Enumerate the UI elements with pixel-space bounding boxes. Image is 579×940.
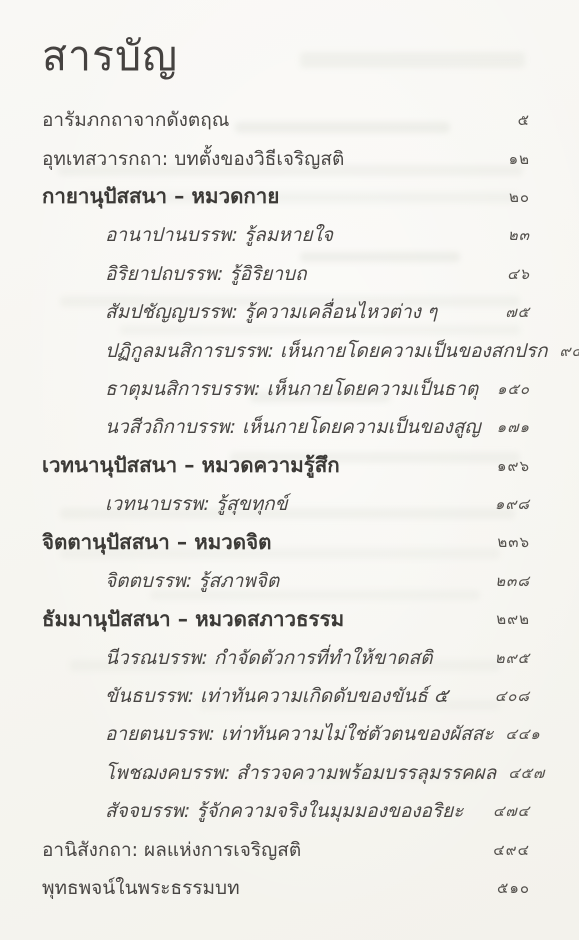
- toc-entry-page-number: ๔๗๔: [481, 799, 530, 823]
- toc-entry-label: อายตนบรรพ: เท่าทันความไม่ใช่ตัวตนของผัสส…: [42, 719, 494, 749]
- toc-entry: โพชฌงคบรรพ: สำรวจความพร้อมบรรลุมรรคผล ๔๕…: [42, 754, 530, 792]
- toc-entry-label: กายานุปัสสนา – หมวดกาย: [42, 180, 279, 213]
- toc-entry-label: โพชฌงคบรรพ: สำรวจความพร้อมบรรลุมรรคผล: [42, 758, 496, 788]
- toc-entry: เวทนานุปัสสนา – หมวดความรู้สึก ๑๙๖: [42, 447, 530, 485]
- toc-entry-label: อานิสังกถา: ผลแห่งการเจริญสติ: [42, 835, 301, 865]
- toc-entry-page-number: ๑๒: [497, 147, 530, 171]
- toc-entry-label: เวทนานุปัสสนา – หมวดความรู้สึก: [42, 449, 340, 482]
- toc-entry: อุทเทสวารกถา: บทตั้งของวิธีเจริญสติ ๑๒: [42, 139, 530, 177]
- toc-entry-page-number: ๔๔๑: [494, 722, 541, 746]
- toc-entry: ธาตุมนสิการบรรพ: เห็นกายโดยความเป็นธาตุ …: [42, 370, 530, 408]
- toc-entry: ขันธบรรพ: เท่าทันความเกิดดับของขันธ์ ๕ ๔…: [42, 677, 530, 715]
- toc-entry-label: อิริยาปถบรรพ: รู้อิริยาบถ: [42, 259, 307, 289]
- toc-entry-page-number: ๕: [506, 108, 530, 132]
- toc-entry: อานิสังกถา: ผลแห่งการเจริญสติ ๔๙๔: [42, 830, 530, 868]
- toc-entry: กายานุปัสสนา – หมวดกาย ๒๐: [42, 178, 530, 216]
- toc-entry-page-number: ๙๔: [548, 339, 579, 363]
- toc-entry-label: จิตตบรรพ: รู้สภาพจิต: [42, 566, 279, 596]
- toc-entry-page-number: ๒๓: [496, 223, 530, 247]
- toc-entry-page-number: ๗๕: [493, 300, 530, 324]
- toc-entry-page-number: ๑๗๑: [485, 415, 530, 439]
- toc-entry: ปฏิกูลมนสิการบรรพ: เห็นกายโดยความเป็นของ…: [42, 331, 530, 369]
- toc-entry-label: นวสีวถิกาบรรพ: เห็นกายโดยความเป็นของสูญ: [42, 412, 481, 442]
- toc-entry-label: อานาปานบรรพ: รู้ลมหายใจ: [42, 220, 333, 250]
- toc-entry-page-number: ๕๑๐: [485, 876, 530, 900]
- toc-entry-page-number: ๔๕๗: [496, 761, 545, 785]
- toc-entry-page-number: ๒๙๕: [483, 646, 530, 670]
- toc-entry-page-number: ๔๐๘: [483, 684, 530, 708]
- toc-list: อารัมภกถาจากดังตฤณ ๕ อุทเทสวารกถา: บทตั้…: [42, 101, 530, 907]
- scanned-book-page: สารบัญ อารัมภกถาจากดังตฤณ ๕ อุทเทสวารกถา…: [0, 0, 579, 940]
- toc-entry-label: ปฏิกูลมนสิการบรรพ: เห็นกายโดยความเป็นของ…: [42, 336, 548, 366]
- toc-entry: สัจจบรรพ: รู้จักความจริงในมุมมองของอริยะ…: [42, 792, 530, 830]
- toc-entry: สัมปชัญญบรรพ: รู้ความเคลื่อนไหวต่าง ๆ ๗๕: [42, 293, 530, 331]
- toc-entry-label: ขันธบรรพ: เท่าทันความเกิดดับของขันธ์ ๕: [42, 681, 448, 711]
- toc-entry-label: พุทธพจน์ในพระธรรมบท: [42, 873, 240, 903]
- toc-entry-label: ธัมมานุปัสสนา – หมวดสภาวธรรม: [42, 603, 344, 636]
- toc-entry-label: จิตตานุปัสสนา – หมวดจิต: [42, 526, 271, 559]
- toc-entry-label: อุทเทสวารกถา: บทตั้งของวิธีเจริญสติ: [42, 144, 344, 174]
- toc-entry-label: สัจจบรรพ: รู้จักความจริงในมุมมองของอริยะ: [42, 796, 464, 826]
- toc-entry-page-number: ๔๙๔: [481, 838, 530, 862]
- toc-entry-label: นีวรณบรรพ: กำจัดตัวการที่ทำให้ขาดสติ: [42, 643, 432, 673]
- toc-entry-label: เวทนาบรรพ: รู้สุขทุกข์: [42, 489, 288, 519]
- toc-entry: อารัมภกถาจากดังตฤณ ๕: [42, 101, 530, 139]
- toc-entry-page-number: ๑๙๖: [485, 454, 530, 478]
- toc-entry: เวทนาบรรพ: รู้สุขทุกข์ ๑๙๘: [42, 485, 530, 523]
- toc-entry: จิตตบรรพ: รู้สภาพจิต ๒๓๘: [42, 562, 530, 600]
- toc-entry-label: ธาตุมนสิการบรรพ: เห็นกายโดยความเป็นธาตุ: [42, 374, 478, 404]
- toc-entry: อิริยาปถบรรพ: รู้อิริยาบถ ๔๖: [42, 255, 530, 293]
- toc-entry-page-number: ๑๙๘: [483, 492, 530, 516]
- toc-entry: จิตตานุปัสสนา – หมวดจิต ๒๓๖: [42, 523, 530, 561]
- toc-entry: นวสีวถิกาบรรพ: เห็นกายโดยความเป็นของสูญ …: [42, 408, 530, 446]
- toc-entry: พุทธพจน์ในพระธรรมบท ๕๑๐: [42, 869, 530, 907]
- toc-entry-label: อารัมภกถาจากดังตฤณ: [42, 105, 229, 135]
- toc-entry-page-number: ๒๐: [497, 185, 530, 209]
- toc-entry-page-number: ๑๕๐: [485, 377, 530, 401]
- toc-entry: ธัมมานุปัสสนา – หมวดสภาวธรรม ๒๙๒: [42, 600, 530, 638]
- bleed-through-artifact: [300, 52, 525, 68]
- toc-entry-label: สัมปชัญญบรรพ: รู้ความเคลื่อนไหวต่าง ๆ: [42, 297, 437, 327]
- toc-entry: อานาปานบรรพ: รู้ลมหายใจ ๒๓: [42, 216, 530, 254]
- toc-entry-page-number: ๒๓๘: [483, 569, 530, 593]
- toc-entry-page-number: ๒๙๒: [484, 607, 530, 631]
- toc-entry: อายตนบรรพ: เท่าทันความไม่ใช่ตัวตนของผัสส…: [42, 715, 530, 753]
- toc-entry: นีวรณบรรพ: กำจัดตัวการที่ทำให้ขาดสติ ๒๙๕: [42, 638, 530, 676]
- page-title: สารบัญ: [42, 24, 178, 89]
- toc-entry-page-number: ๔๖: [495, 262, 530, 286]
- toc-entry-page-number: ๒๓๖: [485, 530, 530, 554]
